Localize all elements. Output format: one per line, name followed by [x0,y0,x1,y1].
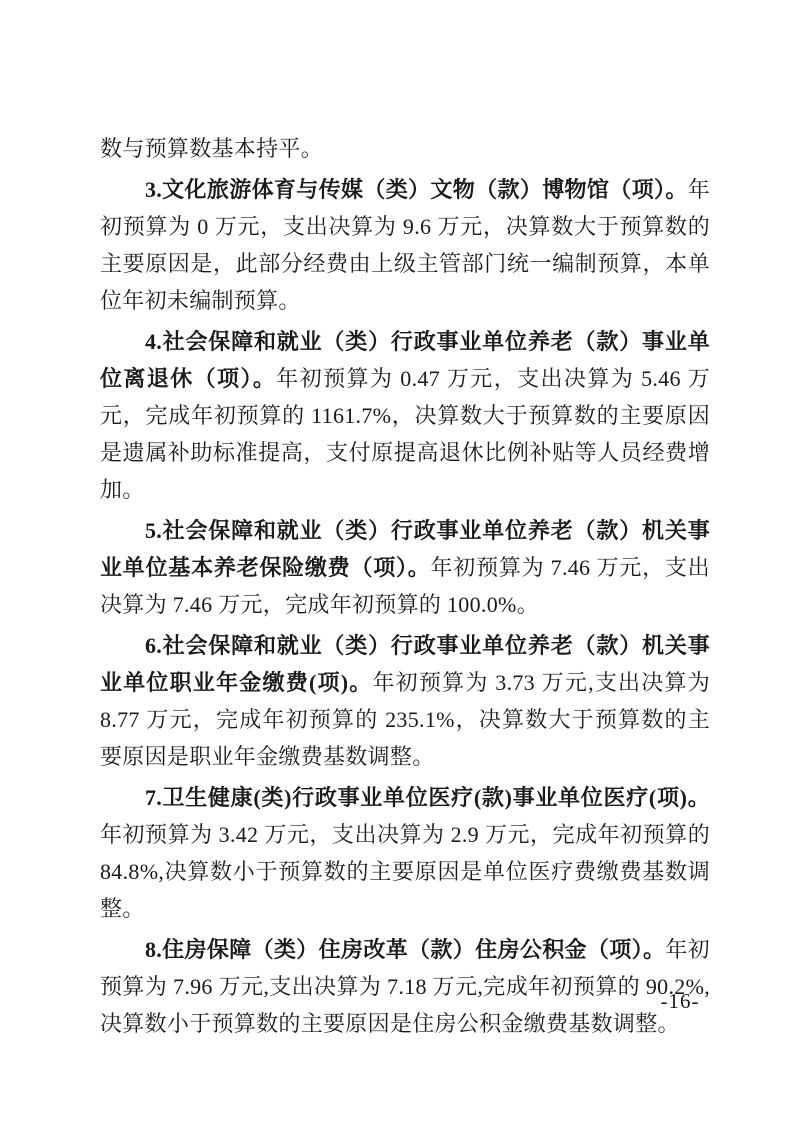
budget-item-8-heading: 8.住房保障（类）住房改革（款）住房公积金（项）。 [145,937,665,962]
budget-item-4: 4.社会保障和就业（类）行政事业单位养老（款）事业单位离退休（项）。年初预算为 … [100,323,710,508]
document-body: 数与预算数基本持平。 3.文化旅游体育与传媒（类）文物（款）博物馆（项）。年初预… [100,130,710,1046]
document-page: 数与预算数基本持平。 3.文化旅游体育与传媒（类）文物（款）博物馆（项）。年初预… [0,0,794,1122]
budget-item-3-heading: 3.文化旅游体育与传媒（类）文物（款）博物馆（项）。 [145,177,688,202]
budget-item-8: 8.住房保障（类）住房改革（款）住房公积金（项）。年初预算为 7.96 万元,支… [100,931,710,1042]
budget-item-3: 3.文化旅游体育与传媒（类）文物（款）博物馆（项）。年初预算为 0 万元，支出决… [100,171,710,319]
budget-item-7-body: 年初预算为 3.42 万元，支出决算为 2.9 万元，完成年初预算的 84.8%… [100,822,710,921]
continuation-text: 数与预算数基本持平。 [100,136,323,161]
budget-item-7-heading: 7.卫生健康(类)行政事业单位医疗(款)事业单位医疗(项)。 [145,785,710,810]
continuation-paragraph: 数与预算数基本持平。 [100,130,710,167]
page-number: -16- [650,988,710,1014]
budget-item-6: 6.社会保障和就业（类）行政事业单位养老（款）机关事业单位职业年金缴费(项)。年… [100,627,710,775]
budget-item-7: 7.卫生健康(类)行政事业单位医疗(款)事业单位医疗(项)。年初预算为 3.42… [100,779,710,927]
budget-item-5: 5.社会保障和就业（类）行政事业单位养老（款）机关事业单位基本养老保险缴费（项）… [100,512,710,623]
